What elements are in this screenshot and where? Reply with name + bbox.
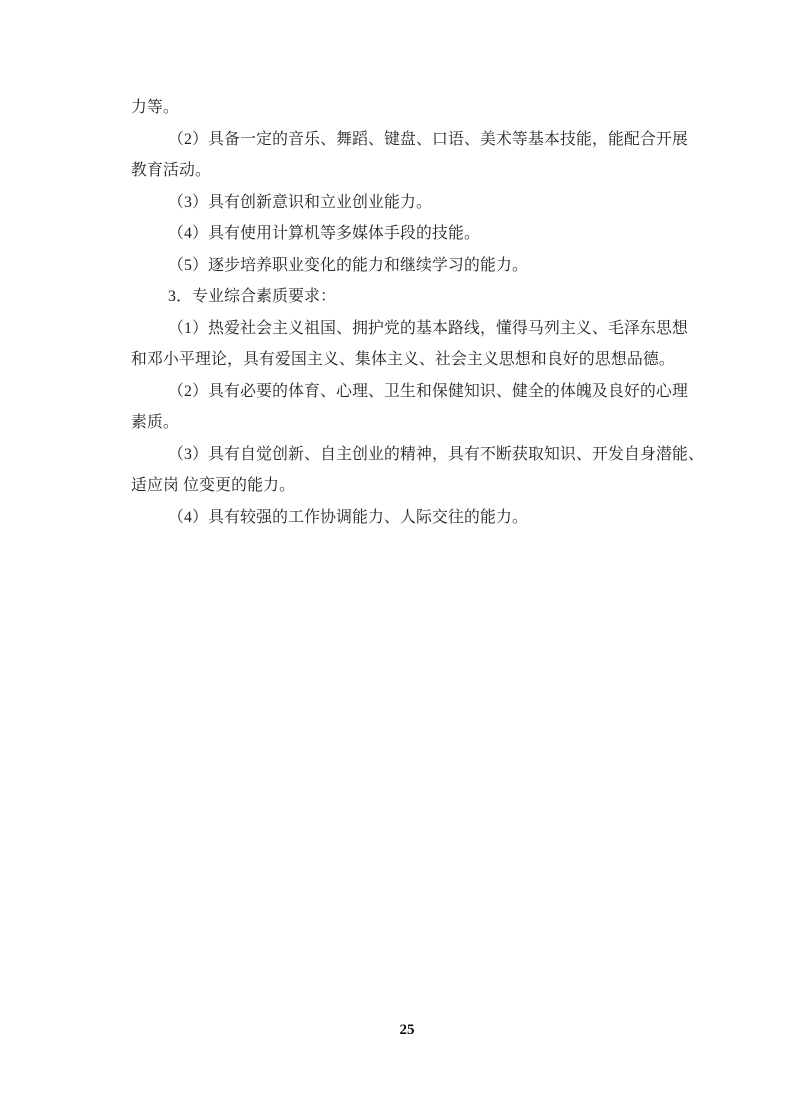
text-line: （2）具备一定的音乐、舞蹈、键盘、口语、美术等基本技能，能配合开展 [131, 124, 683, 156]
document-body: 力等。（2）具备一定的音乐、舞蹈、键盘、口语、美术等基本技能，能配合开展教育活动… [131, 92, 683, 533]
text-line: （4）具有较强的工作协调能力、人际交往的能力。 [131, 502, 683, 534]
document-page: 力等。（2）具备一定的音乐、舞蹈、键盘、口语、美术等基本技能，能配合开展教育活动… [0, 0, 789, 1118]
text-line: （5）逐步培养职业变化的能力和继续学习的能力。 [131, 250, 683, 282]
text-line: （1）热爱社会主义祖国、拥护党的基本路线，懂得马列主义、毛泽东思想 [131, 313, 683, 345]
text-line: （3）具有创新意识和立业创业能力。 [131, 187, 683, 219]
page-number: 25 [131, 1022, 683, 1039]
text-line: 3．专业综合素质要求： [131, 281, 683, 313]
text-line: 适应岗 位变更的能力。 [131, 470, 683, 502]
text-line: 教育活动。 [131, 155, 683, 187]
text-line: 力等。 [131, 92, 683, 124]
text-line: （3）具有自觉创新、自主创业的精神，具有不断获取知识、开发自身潜能、 [131, 439, 683, 471]
text-line: （2）具有必要的体育、心理、卫生和保健知识、健全的体魄及良好的心理 [131, 376, 683, 408]
text-line: （4）具有使用计算机等多媒体手段的技能。 [131, 218, 683, 250]
text-line: 素质。 [131, 407, 683, 439]
text-line: 和邓小平理论，具有爱国主义、集体主义、社会主义思想和良好的思想品德。 [131, 344, 683, 376]
